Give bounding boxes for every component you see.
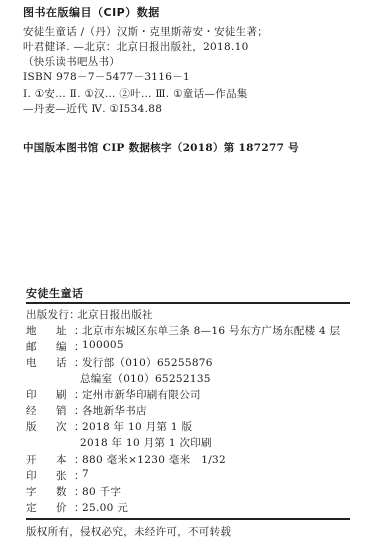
cip-isbn: ISBN 978－7－5477－3116－1 bbox=[23, 69, 190, 84]
cip-classification: Ⅰ. ①安… Ⅱ. ①汉… ②叶… Ⅲ. ①童话—作品集 bbox=[23, 86, 248, 101]
colophon-row-printer: 印刷：定州市新华印刷有限公司 bbox=[26, 387, 201, 402]
colophon-row-phone: 电话：发行部（010）65255876 bbox=[26, 355, 213, 370]
book-title: 安徒生童话 bbox=[26, 285, 84, 301]
colophon-row-distributor: 经销：各地新华书店 bbox=[26, 403, 147, 418]
bottom-rule bbox=[26, 518, 350, 520]
colophon-row-printing: 2018 年 10 月第 1 次印刷 bbox=[80, 435, 212, 450]
colophon-row-price: 定价：25.00 元 bbox=[26, 500, 128, 515]
colophon-row-word-count: 字数：80 千字 bbox=[26, 484, 121, 499]
colophon-row-sheets: 印张：7 bbox=[26, 468, 89, 483]
cip-title: 图书在版编目（CIP）数据 bbox=[23, 4, 160, 20]
colophon-row-edition: 版次：2018 年 10 月第 1 版 bbox=[26, 419, 192, 434]
top-rule bbox=[26, 302, 350, 304]
cip-record-number: 中国版本图书馆 CIP 数据核字（2018）第 187277 号 bbox=[23, 140, 299, 155]
cip-classification-cont: —丹麦—近代 Ⅳ. ①I534.88 bbox=[23, 101, 162, 116]
cip-line: 安徒生童话 /（丹）汉斯・克里斯蒂安・安徒生著； bbox=[23, 24, 268, 39]
publisher-value: 北京日报出版社 bbox=[77, 307, 153, 322]
copyright-notice: 版权所有，侵权必究，未经许可，不可转载 bbox=[26, 524, 231, 539]
colophon-row-address: 地址：北京市东城区东单三条 8—16 号东方广场东配楼 4 层 bbox=[26, 323, 340, 338]
publisher-label: 出版发行 bbox=[26, 307, 69, 322]
colophon-row-postcode: 邮编：100005 bbox=[26, 339, 124, 354]
colophon-row-phone-2: 总编室（010）65252135 bbox=[80, 371, 211, 386]
colophon-row-format: 开本：880 毫米×1230 毫米 1/32 bbox=[26, 452, 226, 467]
cip-line: （快乐读书吧丛书） bbox=[23, 54, 120, 69]
publisher-row: 出版发行：北京日报出版社 bbox=[26, 307, 153, 322]
cip-line: 叶君健译. —北京：北京日报出版社，2018.10 bbox=[23, 39, 249, 54]
